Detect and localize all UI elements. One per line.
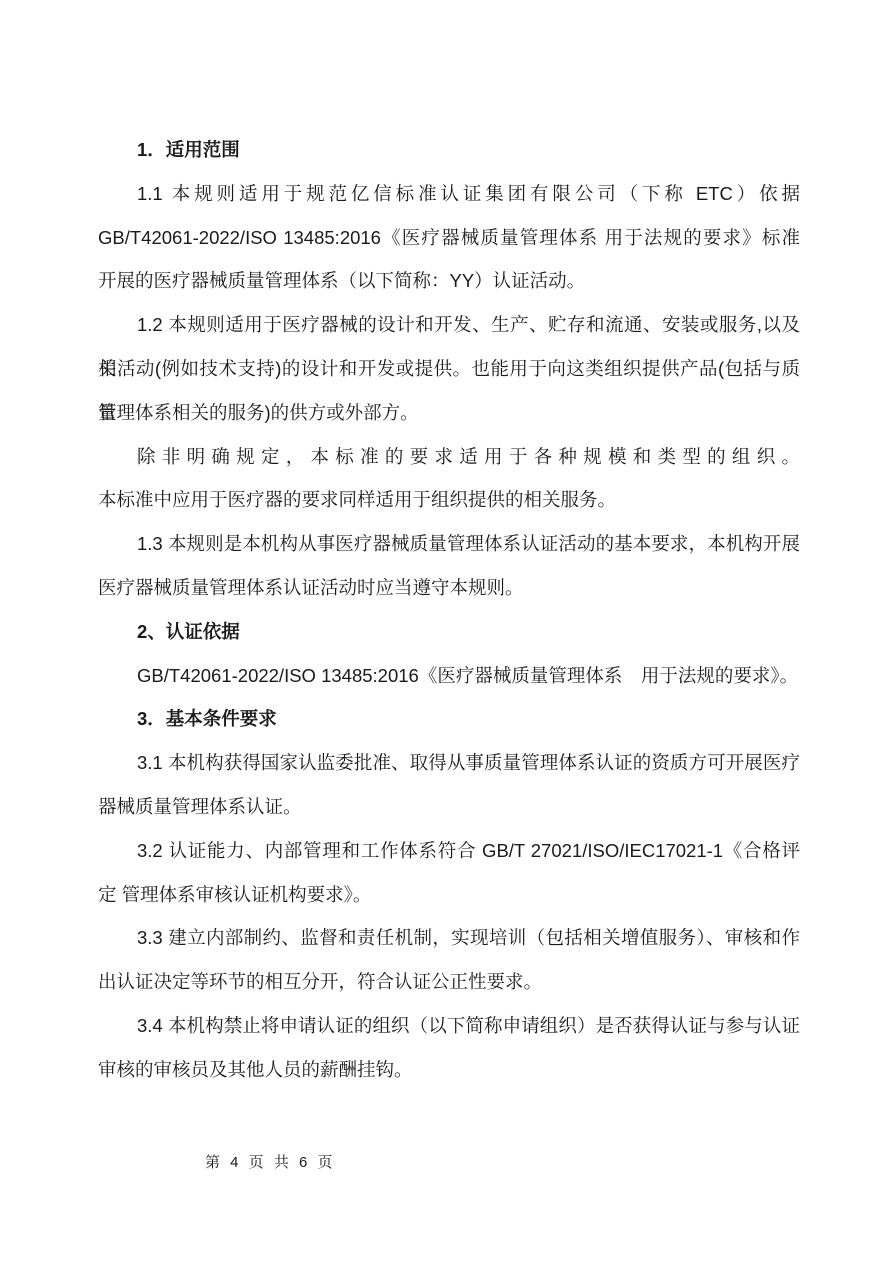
- paragraph-3-3-line-2: 出认证决定等环节的相互分开，符合认证公正性要求。: [98, 960, 800, 1004]
- document-body: 1．适用范围 1.1 本规则适用于规范亿信标准认证集团有限公司（下称 ETC）依…: [98, 128, 800, 1092]
- paragraph-2-basis-line-1: GB/T42061-2022/ISO 13485:2016《医疗器械质量管理体系…: [98, 654, 800, 698]
- paragraph-3-3-line-1: 3.3 建立内部制约、监督和责任机制，实现培训（包括相关增值服务）、审核和作: [98, 916, 800, 960]
- paragraph-1-3-line-1: 1.3 本规则是本机构从事医疗器械质量管理体系认证活动的基本要求，本机构开展: [98, 522, 800, 566]
- section-2-heading: 2、认证依据: [98, 610, 800, 654]
- paragraph-3-4-line-1: 3.4 本机构禁止将申请认证的组织（以下简称申请组织）是否获得认证与参与认证: [98, 1004, 800, 1048]
- paragraph-1-2-line-1: 1.2 本规则适用于医疗器械的设计和开发、生产、贮存和流通、安装或服务,以及相: [98, 303, 800, 347]
- document-page: 1．适用范围 1.1 本规则适用于规范亿信标准认证集团有限公司（下称 ETC）依…: [0, 0, 892, 1262]
- paragraph-scope-note-line-1: 除非明确规定，本标准的要求适用于各种规模和类型的组织。: [98, 435, 800, 479]
- page-footer: 第 4 页 共 6 页: [205, 1148, 336, 1178]
- section-1-heading: 1．适用范围: [98, 128, 800, 172]
- paragraph-1-2-line-3: 管理体系相关的服务)的供方或外部方。: [98, 391, 800, 435]
- paragraph-3-2-line-1: 3.2 认证能力、内部管理和工作体系符合 GB/T 27021/ISO/IEC1…: [98, 829, 800, 873]
- paragraph-1-3-line-2: 医疗器械质量管理体系认证活动时应当遵守本规则。: [98, 566, 800, 610]
- paragraph-1-1-line-3: 开展的医疗器械质量管理体系（以下简称：YY）认证活动。: [98, 259, 800, 303]
- paragraph-1-1-line-2: GB/T42061-2022/ISO 13485:2016《医疗器械质量管理体系…: [98, 216, 800, 260]
- paragraph-1-2-line-2: 关活动(例如技术支持)的设计和开发或提供。也能用于向这类组织提供产品(包括与质量: [98, 347, 800, 391]
- page-number-text: 第 4 页 共 6 页: [205, 1154, 336, 1171]
- paragraph-1-1-line-1: 1.1 本规则适用于规范亿信标准认证集团有限公司（下称 ETC）依据: [98, 172, 800, 216]
- paragraph-3-1-line-1: 3.1 本机构获得国家认监委批准、取得从事质量管理体系认证的资质方可开展医疗: [98, 741, 800, 785]
- section-3-heading: 3．基本条件要求: [98, 697, 800, 741]
- paragraph-3-4-line-2: 审核的审核员及其他人员的薪酬挂钩。: [98, 1048, 800, 1092]
- paragraph-3-1-line-2: 器械质量管理体系认证。: [98, 785, 800, 829]
- paragraph-scope-note-line-2: 本标准中应用于医疗器的要求同样适用于组织提供的相关服务。: [98, 478, 800, 522]
- paragraph-3-2-line-2: 定 管理体系审核认证机构要求》。: [98, 873, 800, 917]
